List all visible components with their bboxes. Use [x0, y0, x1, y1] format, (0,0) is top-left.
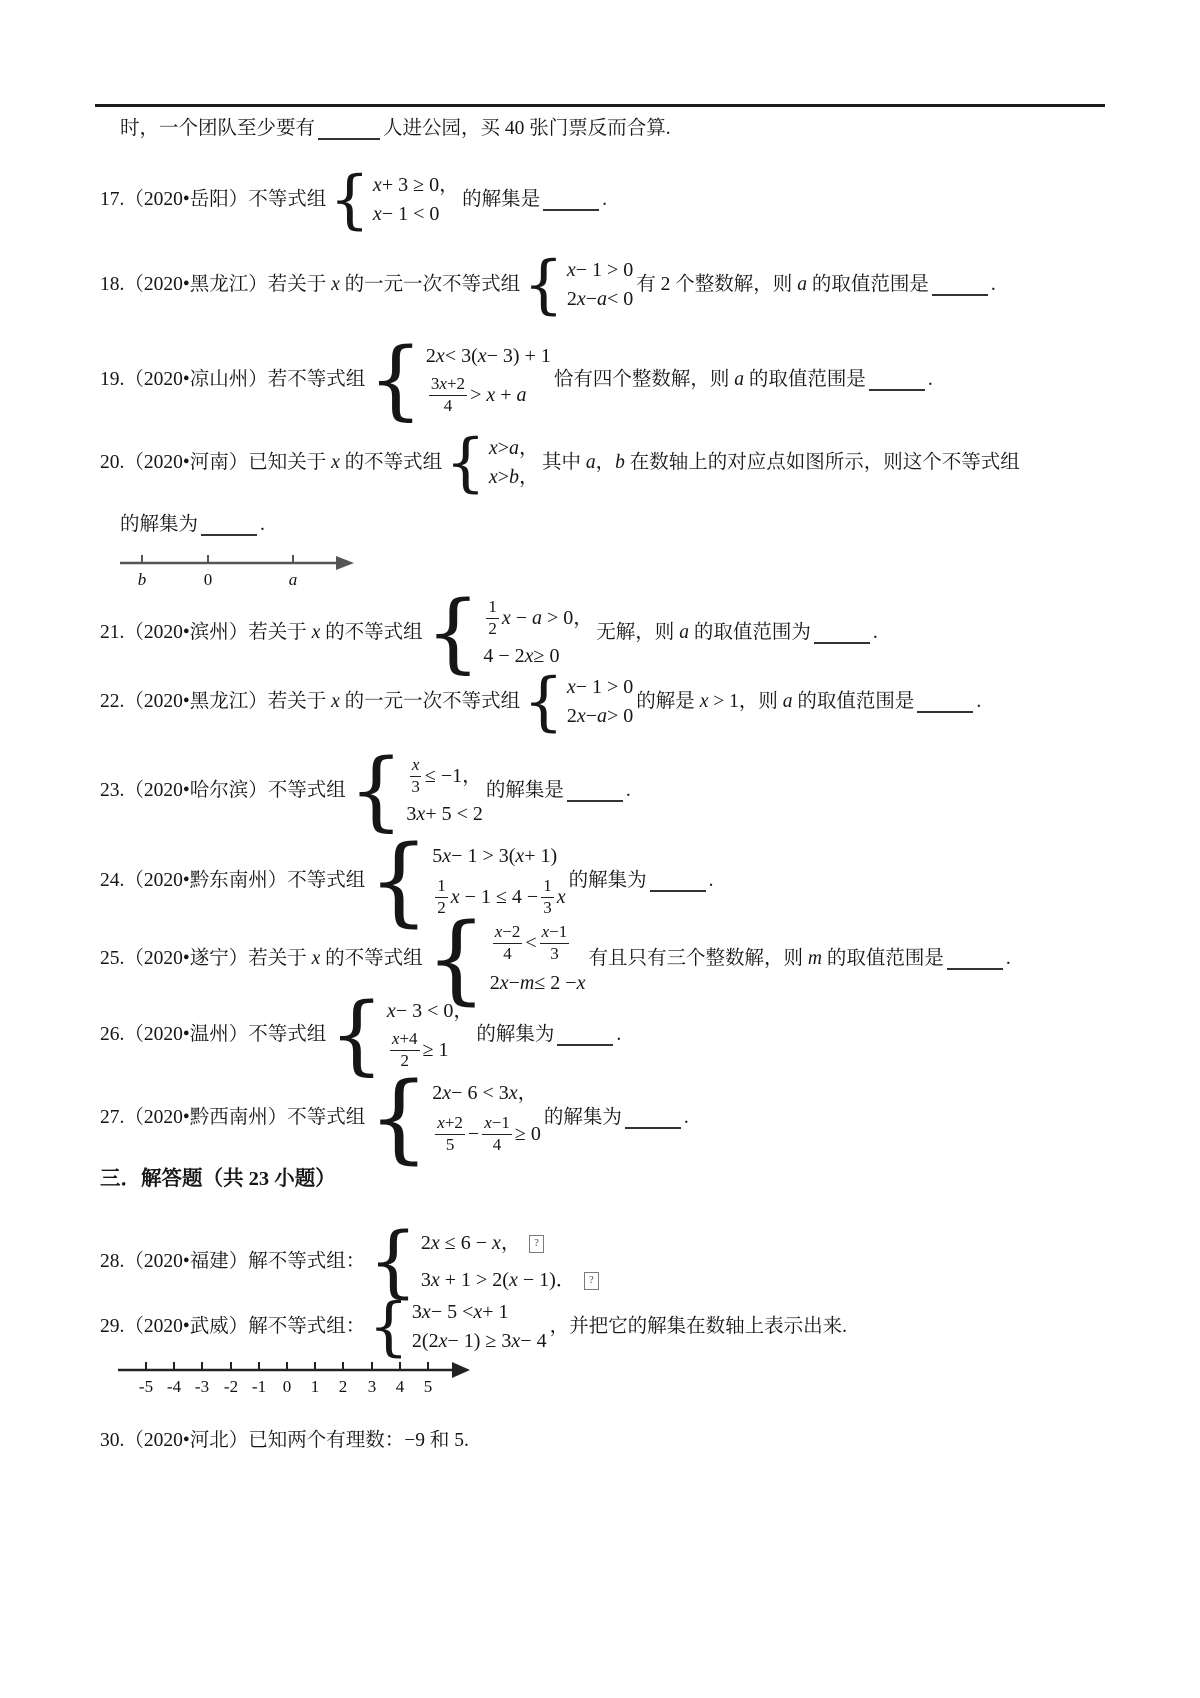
inequality-system: { x − 1 > 0 2x − a > 0: [523, 670, 633, 734]
system-brace: {: [368, 1070, 429, 1166]
fraction: 12: [486, 597, 499, 638]
system-row: 12 x − a > 0，: [483, 597, 593, 638]
system-row: x−24 < x−13: [490, 922, 573, 963]
problem-30: 30.（2020•河北）已知两个有理数：−9 和 5.: [100, 1428, 469, 1454]
system-row: x − 1 > 0: [567, 258, 633, 283]
answer-blank: [543, 190, 599, 211]
inequality-system: { 2x < 3(x − 3) + 1 3x+24 > x + a: [368, 337, 551, 423]
system-row: x − 3 < 0，: [387, 999, 473, 1024]
fraction: x3: [409, 755, 422, 796]
numberline-minus5-to-5: -5 -4 -3 -2 -1 0 1 2 3 4 5: [116, 1354, 496, 1407]
missing-char-box: ?: [584, 1272, 599, 1290]
tick-label: b: [138, 570, 147, 589]
section-3-heading: 三．解答题（共 23 小题）: [100, 1166, 336, 1192]
tick-label: a: [289, 570, 298, 589]
problem-29-lead: 29.（2020•武威）解不等式组：: [100, 1314, 365, 1340]
tick-label: 4: [396, 1377, 405, 1396]
answer-blank: [869, 370, 925, 391]
period: .: [260, 512, 265, 538]
problem-18-lead: 18.（2020•黑龙江）若关于 x 的一元一次不等式组: [100, 272, 520, 298]
fraction: x−13: [540, 922, 570, 963]
problem-20-lead: 20.（2020•河南）已知关于 x 的不等式组: [100, 450, 442, 476]
system-row: 5x − 1 > 3(x + 1): [432, 844, 557, 869]
problem-17-lead: 17.（2020•岳阳）不等式组: [100, 187, 326, 213]
problem-22: 22.（2020•黑龙江）若关于 x 的一元一次不等式组 { x − 1 > 0…: [100, 670, 981, 734]
system-row: 2x ≤ 6 − x，?: [421, 1231, 544, 1256]
problem-20-continued: 的解集为.: [120, 512, 265, 538]
tick-label: 0: [283, 1377, 292, 1396]
period: .: [709, 868, 714, 894]
problem-24-lead: 24.（2020•黔东南州）不等式组: [100, 868, 365, 894]
inequality-system: { x3 ≤ −1， 3x + 5 < 2: [349, 748, 483, 834]
intro-line: 时，一个团队至少要有人进公园，买 40 张门票反而合算.: [120, 116, 671, 142]
problem-27: 27.（2020•黔西南州）不等式组 { 2x − 6 < 3x， x+25 −…: [100, 1070, 689, 1166]
period: .: [626, 778, 631, 804]
system-row: x − 1 < 0: [373, 202, 439, 227]
answer-blank: [917, 692, 973, 713]
tick-label: 1: [311, 1377, 320, 1396]
problem-26-tail: 的解集为: [476, 1022, 554, 1048]
problem-17: 17.（2020•岳阳）不等式组 { x + 3 ≥ 0， x − 1 < 0 …: [100, 168, 607, 232]
inequality-system: { x − 1 > 0 2x − a < 0: [523, 253, 633, 317]
problem-20-cont-text: 的解集为: [120, 512, 198, 538]
missing-char-box: ?: [529, 1235, 544, 1253]
inequality-system: { x > a， x > b，: [445, 431, 539, 495]
system-row: x − 1 > 0: [567, 675, 633, 700]
problem-21-tail: 无解，则 a 的取值范围为: [596, 620, 811, 646]
problem-18-tail: 有 2 个整数解，则 a 的取值范围是: [636, 272, 929, 298]
axis-arrow-icon: [452, 1362, 470, 1378]
fraction: 3x+24: [429, 374, 467, 415]
system-row: 3x + 5 < 2: [406, 802, 482, 827]
problem-27-lead: 27.（2020•黔西南州）不等式组: [100, 1105, 365, 1131]
problem-24-tail: 的解集为: [569, 868, 647, 894]
system-brace: {: [426, 590, 481, 676]
tick-label: -4: [167, 1377, 182, 1396]
inequality-system: { 3x − 5 < x + 1 2(2x − 1) ≥ 3x − 4: [368, 1295, 546, 1359]
section-3-title: 三．解答题（共 23 小题）: [100, 1166, 336, 1192]
problem-22-lead: 22.（2020•黑龙江）若关于 x 的一元一次不等式组: [100, 689, 520, 715]
system-row: 3x + 1 > 2(x − 1)．?: [421, 1268, 599, 1293]
problem-27-tail: 的解集为: [544, 1105, 622, 1131]
problem-18: 18.（2020•黑龙江）若关于 x 的一元一次不等式组 { x − 1 > 0…: [100, 253, 996, 317]
period: .: [616, 1022, 621, 1048]
problem-29-tail: ，并把它的解集在数轴上表示出来.: [550, 1314, 847, 1340]
problem-22-tail: 的解是 x > 1，则 a 的取值范围是: [636, 689, 914, 715]
tick-label: 2: [339, 1377, 348, 1396]
problem-30-text: 30.（2020•河北）已知两个有理数：−9 和 5.: [100, 1428, 469, 1454]
problem-29: 29.（2020•武威）解不等式组： { 3x − 5 < x + 1 2(2x…: [100, 1295, 847, 1359]
axis-arrow-icon: [336, 556, 354, 570]
system-row: x > a，: [489, 436, 539, 461]
inequality-system: { 12 x − a > 0， 4 − 2x ≥ 0: [426, 590, 594, 676]
answer-blank: [557, 1025, 613, 1046]
period: .: [684, 1105, 689, 1131]
problem-19-tail: 恰有四个整数解，则 a 的取值范围是: [554, 367, 866, 393]
system-row: 2x − 6 < 3x，: [432, 1081, 537, 1106]
tick-label: 0: [204, 570, 213, 589]
answer-blank: [567, 781, 623, 802]
problem-19-lead: 19.（2020•凉山州）若不等式组: [100, 367, 365, 393]
system-row: 3x − 5 < x + 1: [412, 1300, 509, 1325]
system-row: 2x − a > 0: [567, 704, 633, 729]
worksheet-page: 时，一个团队至少要有人进公园，买 40 张门票反而合算. 17.（2020•岳阳…: [0, 0, 1200, 1698]
tick-label: -2: [224, 1377, 238, 1396]
fraction: x+25: [435, 1113, 465, 1154]
system-brace: {: [445, 431, 486, 495]
period: .: [602, 187, 607, 213]
inequality-system: { 2x − 6 < 3x， x+25 − x−14 ≥ 0: [368, 1070, 541, 1166]
problem-23-tail: 的解集是: [486, 778, 564, 804]
answer-blank: [932, 275, 988, 296]
system-row: 2x < 3(x − 3) + 1: [426, 344, 551, 369]
numberline2-svg: -5 -4 -3 -2 -1 0 1 2 3 4 5: [116, 1354, 496, 1402]
period: .: [1006, 946, 1011, 972]
problem-28: 28.（2020•福建）解不等式组： { 2x ≤ 6 − x，? 3x + 1…: [100, 1223, 602, 1301]
problem-28-lead: 28.（2020•福建）解不等式组：: [100, 1249, 365, 1275]
header-rule: [95, 104, 1105, 107]
answer-blank: [650, 871, 706, 892]
system-row: x + 3 ≥ 0，: [373, 173, 459, 198]
period: .: [976, 689, 981, 715]
intro-text-pre: 时，一个团队至少要有: [120, 116, 315, 142]
period: .: [928, 367, 933, 393]
answer-blank: [201, 515, 257, 536]
problem-23-lead: 23.（2020•哈尔滨）不等式组: [100, 778, 346, 804]
tick-label: -1: [252, 1377, 266, 1396]
problem-20-tail: 其中 a，b 在数轴上的对应点如图所示，则这个不等式组: [542, 450, 1020, 476]
problem-20: 20.（2020•河南）已知关于 x 的不等式组 { x > a， x > b，…: [100, 431, 1020, 495]
system-brace: {: [523, 670, 564, 734]
fraction: x−14: [482, 1113, 512, 1154]
tick-label: 3: [368, 1377, 377, 1396]
answer-blank: [318, 119, 380, 140]
system-row: x+25 − x−14 ≥ 0: [432, 1113, 541, 1154]
tick-label: -3: [195, 1377, 209, 1396]
problem-26-lead: 26.（2020•温州）不等式组: [100, 1022, 326, 1048]
answer-blank: [814, 623, 870, 644]
fraction: x−24: [493, 922, 523, 963]
problem-17-tail: 的解集是: [462, 187, 540, 213]
system-row: 2x − a < 0: [567, 287, 633, 312]
system-row: 3x+24 > x + a: [426, 374, 527, 415]
system-row: 2(2x − 1) ≥ 3x − 4: [412, 1329, 547, 1354]
problem-19: 19.（2020•凉山州）若不等式组 { 2x < 3(x − 3) + 1 3…: [100, 337, 933, 423]
problem-25-tail: 有且只有三个整数解，则 m 的取值范围是: [588, 946, 943, 972]
answer-blank: [947, 949, 1003, 970]
period: .: [873, 620, 878, 646]
intro-text-post: 人进公园，买 40 张门票反而合算.: [383, 116, 671, 142]
tick-label: -5: [139, 1377, 153, 1396]
system-brace: {: [368, 337, 423, 423]
system-brace: {: [329, 168, 370, 232]
system-row: x3 ≤ −1，: [406, 755, 482, 796]
tick-label: 5: [424, 1377, 433, 1396]
system-row: x > b，: [489, 465, 539, 490]
period: .: [991, 272, 996, 298]
inequality-system: { x + 3 ≥ 0， x − 1 < 0: [329, 168, 459, 232]
system-brace: {: [368, 1295, 409, 1359]
problem-21-lead: 21.（2020•滨州）若关于 x 的不等式组: [100, 620, 423, 646]
system-brace: {: [523, 253, 564, 317]
system-brace: {: [349, 748, 404, 834]
answer-blank: [625, 1108, 681, 1129]
problem-21: 21.（2020•滨州）若关于 x 的不等式组 { 12 x − a > 0， …: [100, 590, 878, 676]
problem-23: 23.（2020•哈尔滨）不等式组 { x3 ≤ −1， 3x + 5 < 2 …: [100, 748, 631, 834]
problem-25-lead: 25.（2020•遂宁）若关于 x 的不等式组: [100, 946, 423, 972]
problem-26: 26.（2020•温州）不等式组 { x − 3 < 0， x+42 ≥ 1 的…: [100, 992, 621, 1078]
